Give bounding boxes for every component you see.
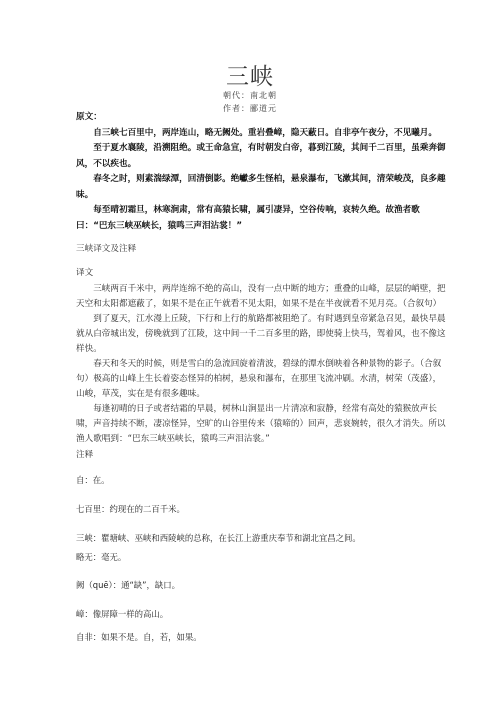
translation-block: 译文 三峡两百千米中，两岸连绵不绝的高山，没有一点中断的地方；重叠的山峰，层层的… [76,266,446,447]
note-item: 嶂：像屏障一样的高山。 [76,608,168,620]
section-title: 三峡译文及注释 [76,242,136,254]
translation-paragraph: 每逢初晴的日子或者结霜的早晨，树林山涧显出一片清凉和寂静，经常有高处的猿猴放声长… [76,402,446,447]
original-paragraph: 至于夏水襄陵，沿溯阻绝。或王命急宣，有时朝发白帝，暮到江陵，其间千二百里，虽乘奔… [76,141,446,172]
translation-paragraph: 到了夏天，江水漫上丘陵，下行和上行的航路都被阻绝了。有时遇到皇帝紧急召见，最快早… [76,312,446,357]
note-item: 三峡：瞿塘峡、巫峡和西陵峡的总称，在长江上游重庆奉节和湖北宜昌之间。 [76,532,361,544]
note-item: 阙（quē）：通“缺”，缺口。 [76,579,180,591]
note-item: 自非：如果不是。自，若，如果。 [76,631,202,643]
note-item: 七百里：约现在的二百千米。 [76,503,185,515]
original-text-block: 原文： 自三峡七百里中，两岸连山，略无阙处。重岩叠嶂，隐天蔽日。自非亭午夜分，不… [76,110,446,234]
notes-label: 注释 [76,448,93,460]
original-paragraph: 每至晴初霜旦，林寒涧肃，常有高猿长啸，属引凄异，空谷传响，哀转久绝。故渔者歌曰：… [76,203,446,234]
original-label: 原文： [76,110,446,126]
translation-label: 译文 [76,266,446,281]
translation-paragraph: 春天和冬天的时候，则是雪白的急流回旋着清波，碧绿的潭水倒映着各种景物的影子。（合… [76,357,446,402]
original-paragraph: 自三峡七百里中，两岸连山，略无阙处。重岩叠嶂，隐天蔽日。自非亭午夜分，不见曦月。 [76,126,446,142]
original-paragraph: 春冬之时，则素湍绿潭，回清倒影。绝巘多生怪柏，悬泉瀑布，飞漱其间，清荣峻茂，良多… [76,172,446,203]
note-item: 略无：毫无。 [76,551,126,563]
poem-title: 三峡 [0,58,500,91]
translation-paragraph: 三峡两百千米中，两岸连绵不绝的高山，没有一点中断的地方；重叠的山峰，层层的峭壁，… [76,282,446,312]
note-item: 自：在。 [76,474,110,486]
dynasty-line: 朝代：南北朝 [0,90,500,101]
